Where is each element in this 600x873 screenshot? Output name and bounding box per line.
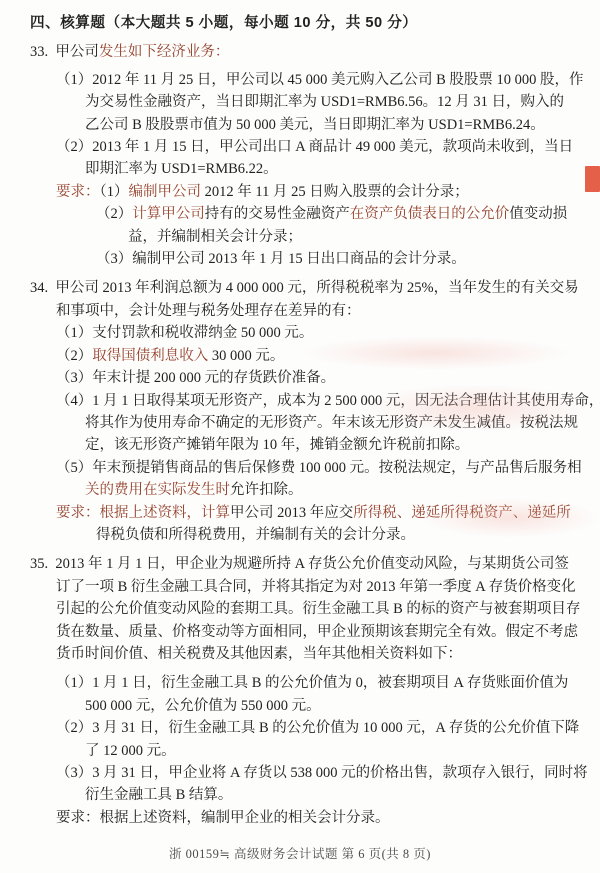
q35-item2-l1: （2）3 月 31 日，衍生金融工具 B 的公允价值为 10 000 元，A 存… xyxy=(56,717,600,739)
black-ink-text: 500 000 元，公允价值为 550 000 元。 xyxy=(85,698,321,714)
q34-item2: （2）取得国债利息收入 30 000 元。 xyxy=(56,345,600,367)
black-ink-text: （3）年末计提 200 000 元的存货跌价准备。 xyxy=(56,370,335,386)
q34-item1: （1）支付罚款和税收滞纳金 50 000 元。 xyxy=(56,322,600,344)
q35-item3-l2: 衍生金融工具 B 结算。 xyxy=(85,784,600,806)
black-ink-text: 货币时间价值、相关税费及其他因素，当年其他相关资料如下： xyxy=(56,646,462,662)
black-ink-text: 和事项中，会计处理与税务处理存在差异的有： xyxy=(56,303,361,319)
black-ink-text: 得税负债和所得税费用，并编制有关的会计分录。 xyxy=(96,527,415,543)
q35-item3-l1: （3）3 月 31 日，甲企业将 A 存货以 538 000 元的价格出售，款项… xyxy=(56,762,600,784)
page-footer: 浙 00159≒ 高级财务会计试题 第 6 页(共 8 页) xyxy=(0,844,600,862)
q33-item2-l2: 即期汇率为 USD1=RMB6.22。 xyxy=(85,158,600,180)
black-ink-text: 四、核算题（本大题共 5 小题，每小题 10 分，共 50 分） xyxy=(30,15,417,31)
black-ink-text: 34. 甲公司 2013 年利润总额为 4 000 000 元，所得税税率为 2… xyxy=(30,280,579,296)
q34-item4-l1: （4）1 月 1 日取得某项无形资产，成本为 2 500 000 元，因无法合理… xyxy=(56,390,600,412)
red-ink-text: 所得税、递延所得税资产、递延所 xyxy=(353,505,571,521)
q35-intro-l3: 引起的公允价值变动风险的套期工具。衍生金融工具 B 的标的资产与被套期项目存 xyxy=(56,598,600,620)
q33-req-l4: （3）编制甲公司 2013 年 1 月 15 日出口商品的会计分录。 xyxy=(96,248,600,270)
q33-req-l3: 益，并编制相关会计分录； xyxy=(128,226,600,248)
black-ink-text: （1）2012 年 11 月 25 日，甲公司以 45 000 美元购入乙公司 … xyxy=(56,72,584,88)
q33-req-l2: （2）计算甲公司持有的交易性金融资产在资产负债表日的公允价值变动损 xyxy=(96,203,600,225)
q35-req: 要求：根据上述资料，编制甲企业的相关会计分录。 xyxy=(56,807,600,829)
q34-item4-l2: 将其作为使用寿命不确定的无形资产。年末该无形资产未发生减值。按税法规 xyxy=(85,412,600,434)
black-ink-text: 要求：根据上述资料，编制甲企业的相关会计分录。 xyxy=(56,810,390,826)
black-ink-text: 33. 甲公司 xyxy=(30,44,99,60)
red-stamp-artifact xyxy=(585,166,600,192)
black-ink-text: （2） xyxy=(96,206,132,222)
black-ink-text: 衍生金融工具 B 结算。 xyxy=(85,787,232,803)
q34-item4-l3: 定，该无形资产摊销年限为 10 年，摊销金额允许税前扣除。 xyxy=(85,434,600,456)
q35-item1-l1: （1）1 月 1 日，衍生金融工具 B 的公允价值为 0，被套期项目 A 存货账… xyxy=(56,672,600,694)
red-ink-text: 要求： xyxy=(56,184,100,200)
q34-req-l1: 要求：根据上述资料，计算甲公司 2013 年应交所得税、递延所得税资产、递延所 xyxy=(56,502,600,524)
q35-intro-l4: 货在数量、质量、价格变动等方面相同，甲企业预期该套期完全有效。假定不考虑 xyxy=(56,621,600,643)
q35-item1-l2: 500 000 元，公允价值为 550 000 元。 xyxy=(85,695,600,717)
black-ink-text: （3）编制甲公司 2013 年 1 月 15 日出口商品的会计分录。 xyxy=(96,251,466,267)
exam-page-scan: 四、核算题（本大题共 5 小题，每小题 10 分，共 50 分）33. 甲公司发… xyxy=(0,0,600,873)
black-ink-text: 定，该无形资产摊销年限为 10 年，摊销金额允许税前扣除。 xyxy=(85,437,469,453)
exam-body-text: 四、核算题（本大题共 5 小题，每小题 10 分，共 50 分）33. 甲公司发… xyxy=(0,12,600,829)
red-ink-text: 关的费用在实际发生时 xyxy=(85,482,230,498)
q34-item3: （3）年末计提 200 000 元的存货跌价准备。 xyxy=(56,367,600,389)
q33-item2-l1: （2）2013 年 1 月 15 日，甲公司出口 A 商品计 49 000 美元… xyxy=(56,136,600,158)
black-ink-text: 允许扣除。 xyxy=(230,482,303,498)
black-ink-text: （3）3 月 31 日，甲企业将 A 存货以 538 000 元的价格出售，款项… xyxy=(56,765,588,781)
black-ink-text: 2012 年 11 月 25 日购入股票的会计分录； xyxy=(201,184,469,200)
red-ink-text: 计算甲公司 xyxy=(132,206,205,222)
black-ink-text: 持有的交易性金融资产 xyxy=(205,206,350,222)
black-ink-text: 乙公司 B 股股票市值为 50 000 美元，当日即期汇率为 USD1=RMB6… xyxy=(85,117,545,133)
black-ink-text: 将其作为使用寿命不确定的无形资产。年末该无形资产未发生减值。按税法规 xyxy=(85,415,578,431)
q34-item5-l2: 关的费用在实际发生时允许扣除。 xyxy=(85,479,600,501)
black-ink-text: 货在数量、质量、价格变动等方面相同，甲企业预期该套期完全有效。假定不考虑 xyxy=(56,624,578,640)
red-ink-text: 发生如下经济业务： xyxy=(99,44,230,60)
section-title: 四、核算题（本大题共 5 小题，每小题 10 分，共 50 分） xyxy=(30,12,600,34)
black-ink-text: （1）1 月 1 日，衍生金融工具 B 的公允价值为 0，被套期项目 A 存货账… xyxy=(56,675,568,691)
black-ink-text: （1） xyxy=(100,184,129,200)
black-ink-text: 为交易性金融资产，当日即期汇率为 USD1=RMB6.56。12 月 31 日，… xyxy=(85,94,564,110)
q35-intro-l2: 订了一项 B 衍生金融工具合同，并将其指定为对 2013 年第一季度 A 存货价… xyxy=(56,576,600,598)
q33-item1-l2: 为交易性金融资产，当日即期汇率为 USD1=RMB6.56。12 月 31 日，… xyxy=(85,91,600,113)
black-ink-text: （4）1 月 1 日取得某项无形资产，成本为 2 500 000 元，因无法合理… xyxy=(56,393,600,409)
q35-item2-l2: 了 12 000 元。 xyxy=(85,740,600,762)
red-ink-text: 在资产负债表日的公允价 xyxy=(350,206,510,222)
red-ink-text: 取得国债利息收入 xyxy=(92,348,208,364)
black-ink-text: 即期汇率为 USD1=RMB6.22。 xyxy=(85,161,278,177)
black-ink-text: （5）年末预提销售商品的售后保修费 100 000 元。按税法规定，与产品售后服… xyxy=(56,460,582,476)
black-ink-text: 甲公司 2013 年应交 xyxy=(230,505,353,521)
black-ink-text: （1）支付罚款和税收滞纳金 50 000 元。 xyxy=(56,325,313,341)
black-ink-text: （2） xyxy=(56,348,92,364)
q33-item1-l1: （1）2012 年 11 月 25 日，甲公司以 45 000 美元购入乙公司 … xyxy=(56,69,600,91)
black-ink-text: 订了一项 B 衍生金融工具合同，并将其指定为对 2013 年第一季度 A 存货价… xyxy=(56,579,576,595)
red-ink-text: 编制甲公司 xyxy=(129,184,202,200)
black-ink-text: 了 12 000 元。 xyxy=(85,743,176,759)
black-ink-text: 值变动损 xyxy=(509,206,567,222)
black-ink-text: （2）3 月 31 日，衍生金融工具 B 的公允价值为 10 000 元，A 存… xyxy=(56,720,579,736)
q34-intro-l2: 和事项中，会计处理与税务处理存在差异的有： xyxy=(56,300,600,322)
red-ink-text: 要求：根据上述资料，计算 xyxy=(56,505,230,521)
q34-item5-l1: （5）年末预提销售商品的售后保修费 100 000 元。按税法规定，与产品售后服… xyxy=(56,457,600,479)
black-ink-text: 引起的公允价值变动风险的套期工具。衍生金融工具 B 的标的资产与被套期项目存 xyxy=(56,601,580,617)
q33-intro: 33. 甲公司发生如下经济业务： xyxy=(30,41,600,63)
q34-intro-l1: 34. 甲公司 2013 年利润总额为 4 000 000 元，所得税税率为 2… xyxy=(30,277,600,299)
black-ink-text: 益，并编制相关会计分录； xyxy=(128,229,302,245)
q35-intro-l1: 35. 2013 年 1 月 1 日，甲企业为规避所持 A 存货公允价值变动风险… xyxy=(30,553,600,575)
q33-req-l1: 要求：（1）编制甲公司 2012 年 11 月 25 日购入股票的会计分录； xyxy=(56,181,600,203)
black-ink-text: 30 000 元。 xyxy=(208,348,284,364)
q35-intro-l5: 货币时间价值、相关税费及其他因素，当年其他相关资料如下： xyxy=(56,643,600,665)
q34-req-l2: 得税负债和所得税费用，并编制有关的会计分录。 xyxy=(96,524,600,546)
black-ink-text: 35. 2013 年 1 月 1 日，甲企业为规避所持 A 存货公允价值变动风险… xyxy=(30,556,569,572)
black-ink-text: （2）2013 年 1 月 15 日，甲公司出口 A 商品计 49 000 美元… xyxy=(56,139,573,155)
q33-item1-l3: 乙公司 B 股股票市值为 50 000 美元，当日即期汇率为 USD1=RMB6… xyxy=(85,114,600,136)
